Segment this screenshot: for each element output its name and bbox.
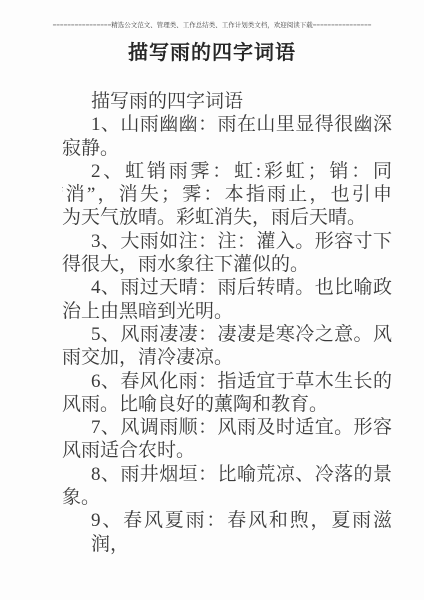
text-line: 9、春风夏雨：春风和煦，夏雨滋 <box>62 509 392 532</box>
text-line: 象。 <box>62 486 392 509</box>
document-body: 描写雨的四字词语1、山雨幽幽：雨在山里显得很幽深寂静。2、虹销雨霁：虹:彩虹；销… <box>62 90 392 556</box>
page-title: 描写雨的四字词语 <box>0 41 424 65</box>
text-line: 7、风调雨顺：风雨及时适宜。形容 <box>62 416 392 439</box>
text-line: 5、风雨凄凄：凄凄是寒冷之意。风 <box>62 323 392 346</box>
text-line: 8、雨井烟垣：比喻荒凉、冷落的景 <box>62 463 392 486</box>
text-line: 风雨适合农时。 <box>62 439 392 462</box>
document-page: ================精选公文范文、管理类、工作总结类、工作计划类文档… <box>0 0 424 600</box>
text-line: 治上由黑暗到光明。 <box>62 300 392 323</box>
text-line: 2、虹销雨霁：虹:彩虹；销：同 <box>62 160 392 183</box>
text-line: 6、春风化雨：指适宜于草木生长的 <box>62 370 392 393</box>
text-line: 描写雨的四字词语 <box>62 90 392 113</box>
text-line: 1、山雨幽幽：雨在山里显得很幽深 <box>62 113 392 136</box>
text-line: 雨交加，清冷凄凉。 <box>62 346 392 369</box>
text-line: “消”，消失；霁：本指雨止，也引申 <box>62 183 392 206</box>
text-line: 寂静。 <box>62 137 392 160</box>
text-line: 为天气放晴。彩虹消失，雨后天晴。 <box>62 206 392 229</box>
text-line: 得很大，雨水象往下灌似的。 <box>62 253 392 276</box>
text-line: 润， <box>62 533 392 556</box>
text-line: 风雨。比喻良好的薰陶和教育。 <box>62 393 392 416</box>
text-line: 4、雨过天晴：雨后转晴。也比喻政 <box>62 276 392 299</box>
header-banner: ================精选公文范文、管理类、工作总结类、工作计划类文档… <box>0 22 424 30</box>
text-line: 3、大雨如注：注：灌入。形容寸下 <box>62 230 392 253</box>
